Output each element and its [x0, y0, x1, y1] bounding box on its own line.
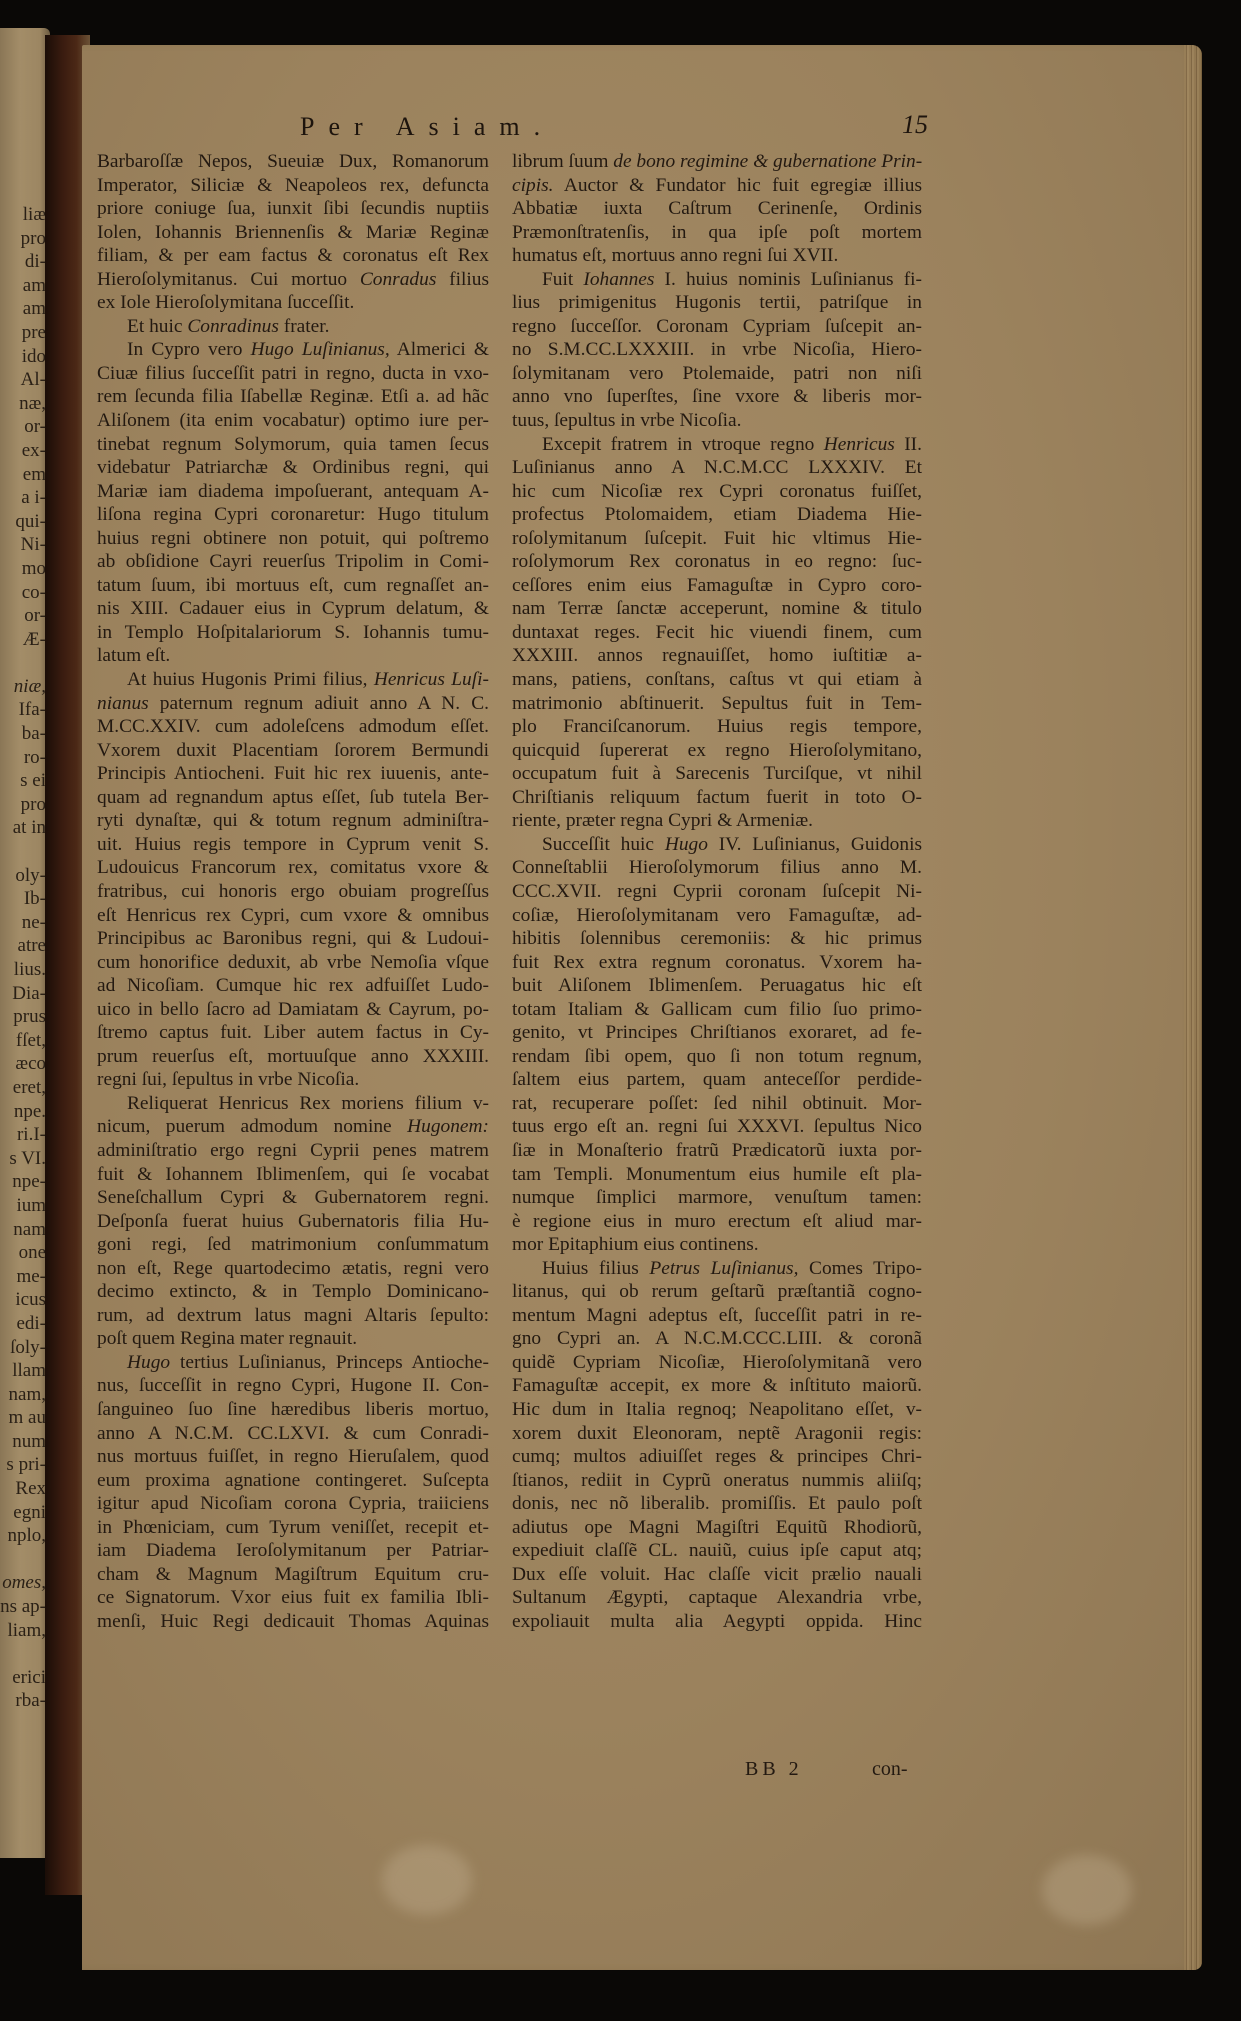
text-run: litanus, qui ob rerum geſtarũ præſtantiã… — [512, 1281, 922, 1302]
margin-fragment: ns ap- — [0, 1595, 50, 1619]
text-run: eſt Henricus rex Cypri, cum vxore & omni… — [97, 905, 489, 926]
text-run: regni ſui, ſepultus in vrbe Nicoſia. — [97, 1069, 359, 1090]
italic-name: Hugo Luſinianus, — [251, 339, 390, 360]
text-line: Abbatiæ iuxta Caſtrum Cerinenſe, Ordinis — [512, 197, 922, 221]
margin-fragment: rba- — [0, 1689, 50, 1713]
text-line: tam Templi. Monumentum eius humile eſt p… — [512, 1163, 922, 1187]
text-run: Ciuæ filius ſucceſſit patri in regno, du… — [97, 363, 489, 384]
text-line: ab obſidione Cayri reuerſus Tripolim in … — [97, 550, 489, 574]
text-run: nicum, puerum admodum nomine — [97, 1116, 407, 1137]
text-line: cumq; multos adiuiſſet reges & principes… — [512, 1445, 922, 1469]
text-line: Famaguſtæ accepit, ex more & inſtituto m… — [512, 1374, 922, 1398]
text-run: coſiæ, Hieroſolymitanam vero Famaguſtæ, … — [512, 905, 922, 926]
text-run: iam Diadema Ieroſolymitanum per Patriar- — [97, 1540, 489, 1561]
running-head: Per Asiam. — [300, 112, 554, 142]
text-line: nam Terræ ſanctæ acceperunt, nomine & ti… — [512, 597, 922, 621]
text-run: Iolen, Iohannis Briennenſis & Mariæ Regi… — [97, 222, 489, 243]
previous-page-edge: liæprodi-amampreidoAl-næ,or-ex-ema i-qui… — [0, 28, 50, 1858]
text-run: Principibus ac Baronibus regni, qui & Lu… — [97, 928, 489, 949]
text-run: uico in bello ſacro ad Damiatam & Cayrum… — [97, 999, 489, 1020]
text-line: liſona regina Cypri coronaretur: Hugo ti… — [97, 503, 489, 527]
italic-name: Petrus Luſinianus, — [649, 1258, 798, 1279]
text-run: non eſt, Rege quartodecimo ætatis, regni… — [97, 1258, 489, 1279]
signature-mark: BB 2 — [745, 1758, 803, 1781]
text-line: cipis. Auctor & Fundator hic fuit egregi… — [512, 174, 922, 198]
text-line: Fuit Iohannes I. huius nominis Luſinianu… — [512, 268, 922, 292]
text-run: Fuit — [542, 269, 583, 290]
text-run: expediuit claſſẽ CL. nauiũ, cuius ipſe c… — [512, 1540, 922, 1561]
margin-fragment: pro — [0, 227, 50, 251]
text-run: Sultanum Ægypti, captaque Alexandria vrb… — [512, 1587, 922, 1608]
text-run: Famaguſtæ accepit, ex more & inſtituto m… — [512, 1375, 922, 1396]
margin-fragment: or- — [0, 415, 50, 439]
text-run: Principis Antiocheni. Fuit hic rex iuuen… — [97, 763, 489, 784]
text-line: At huius Hugonis Primi filius, Henricus … — [97, 668, 489, 692]
text-run: roſolymorum Rex coronatus in eo regno: ſ… — [512, 551, 922, 572]
text-line: CCC.XVII. regni Cyprii coronam ſuſcepit … — [512, 880, 922, 904]
text-run: tertius Luſinianus, Princeps Antioche- — [170, 1352, 489, 1373]
margin-fragment: liam, — [0, 1619, 50, 1643]
text-line: Reliquerat Henricus Rex moriens filium v… — [97, 1092, 489, 1116]
text-line: gno Cypri an. A N.C.M.CCC.LIII. & coronã — [512, 1327, 922, 1351]
text-run: Barbaroſſæ Nepos, Sueuiæ Dux, Romanorum — [97, 151, 489, 172]
text-line: litanus, qui ob rerum geſtarũ præſtantiã… — [512, 1280, 922, 1304]
margin-fragment: ex- — [0, 439, 50, 463]
text-line: igitur apud Nicoſiam corona Cypria, trai… — [97, 1492, 489, 1516]
text-run: in Templo Hoſpitalariorum S. Iohannis tu… — [97, 622, 489, 643]
italic-name: Iohannes — [583, 269, 654, 290]
text-line: expoliauit multa alia Aegypti oppida. Hi… — [512, 1610, 922, 1634]
page-number: 15 — [902, 110, 928, 140]
text-run: huius regni obtinere non potuit, qui poſ… — [97, 528, 489, 549]
text-line: ſtianos, rediit in Cyprũ oneratus nummis… — [512, 1469, 922, 1493]
text-line: Hugo tertius Luſinianus, Princeps Antioc… — [97, 1351, 489, 1375]
text-line: lius primigenitus Hugonis tertii, patriſ… — [512, 291, 922, 315]
text-line: cum honorifice deduxit, ab vrbe Nemoſia … — [97, 951, 489, 975]
text-run: uit. Huius regis tempore in Cyprum venit… — [97, 834, 489, 855]
margin-fragment: ne- — [0, 911, 50, 935]
text-line: ryti dynaſtæ, qui & totum regnum adminiſ… — [97, 809, 489, 833]
text-run: hic cum Nicoſiæ rex Cypri coronatus fuiſ… — [512, 481, 922, 502]
text-run: ſanguineo ſuo ſine hæredibus liberis mor… — [97, 1399, 489, 1420]
text-run: Et huic — [127, 316, 187, 337]
text-line: videbatur Patriarchæ & Ordinibus regni, … — [97, 456, 489, 480]
text-line: goni regi, ſed matrimonium conſummatum — [97, 1233, 489, 1257]
text-run: latum eſt. — [97, 645, 170, 666]
text-line: Deſponſa fuerat huius Gubernatoris filia… — [97, 1210, 489, 1234]
text-line: nicum, puerum admodum nomine Hugonem: — [97, 1115, 489, 1139]
text-line: huius regni obtinere non potuit, qui poſ… — [97, 527, 489, 551]
margin-fragment: one — [0, 1241, 50, 1265]
margin-fragment: mo — [0, 557, 50, 581]
text-line: M.CC.XXIV. cum adoleſcens admodum eſſet. — [97, 715, 489, 739]
italic-name: cipis. — [512, 175, 553, 196]
text-run: Hieroſolymitanus. Cui mortuo — [97, 269, 360, 290]
margin-fragment: lius. — [0, 958, 50, 982]
text-line: Imperator, Siliciæ & Neapoleos rex, defu… — [97, 174, 489, 198]
text-run: Abbatiæ iuxta Caſtrum Cerinenſe, Ordinis — [512, 198, 922, 219]
text-run: adiutus ope Magni Magiſtri Equitũ Rhodio… — [512, 1517, 922, 1538]
margin-fragment: Dia- — [0, 982, 50, 1006]
text-line: ſiæ in Monaſterio fratrũ Prædicatorũ iux… — [512, 1139, 922, 1163]
text-line: duntaxat reges. Fecit hic viuendi finem,… — [512, 621, 922, 645]
text-line: buit Aliſonem Iblimenſem. Peruagatus hic… — [512, 974, 922, 998]
text-run: filius — [436, 269, 489, 290]
text-run: lius primigenitus Hugonis tertii, patriſ… — [512, 292, 922, 313]
text-line: iam Diadema Ieroſolymitanum per Patriar- — [97, 1539, 489, 1563]
text-line: fuit & Iohannem Iblimenſem, qui ſe vocab… — [97, 1163, 489, 1187]
text-run: I. huius nominis Luſinianus fi- — [654, 269, 922, 290]
text-line: Præmonſtratenſis, in qua ipſe poſt morte… — [512, 221, 922, 245]
text-run: quidẽ Cypriam Nicoſiæ, Hieroſolymitanã v… — [512, 1352, 922, 1373]
text-run: fuit Rex extra regnum coronatus. Vxorem … — [512, 952, 922, 973]
text-line: fuit Rex extra regnum coronatus. Vxorem … — [512, 951, 922, 975]
text-run: tinebat regnum Solymorum, quia tamen ſec… — [97, 434, 489, 455]
text-line: Excepit fratrem in vtroque regno Henricu… — [512, 433, 922, 457]
text-run: matrimonio abſtinuerit. Sepultus fuit in… — [512, 693, 922, 714]
margin-fragment: m au — [0, 1406, 50, 1430]
text-line: XXXIII. annos regnauiſſet, homo iuſtitiæ… — [512, 644, 922, 668]
margin-fragment: nplo, — [0, 1524, 50, 1548]
text-line: roſolymitanum ſuſcepit. Fuit hic vltimus… — [512, 527, 922, 551]
margin-fragment: ium — [0, 1194, 50, 1218]
text-line: Conneſtablii Hieroſolymorum filius anno … — [512, 856, 922, 880]
text-line: rum, ad dextrum latus magni Altaris ſepu… — [97, 1304, 489, 1328]
margin-fragment: ri.I- — [0, 1123, 50, 1147]
text-run: Seneſchallum Cypri & Gubernatorem regni. — [97, 1187, 489, 1208]
margin-fragment: npe- — [0, 1170, 50, 1194]
text-run: librum ſuum — [512, 151, 613, 172]
text-run: cumq; multos adiuiſſet reges & principes… — [512, 1446, 922, 1467]
text-line: cham & Magnum Magiſtrum Equitum cru- — [97, 1563, 489, 1587]
margin-fragment: ſoly- — [0, 1336, 50, 1360]
margin-fragment: ro- — [0, 746, 50, 770]
text-line: tinebat regnum Solymorum, quia tamen ſec… — [97, 433, 489, 457]
italic-name: Henricus — [824, 434, 895, 455]
text-run: xorem duxit Eleonoram, neptẽ Aragonii re… — [512, 1423, 922, 1444]
text-line: roſolymorum Rex coronatus in eo regno: ſ… — [512, 550, 922, 574]
text-run: Luſinianus anno A N.C.M.CC LXXXIV. Et — [512, 457, 922, 478]
text-run: rendam ſibi opem, quo ſi non totum regnu… — [512, 1046, 922, 1067]
text-run: no S.M.CC.LXXXIII. in vrbe Nicoſia, Hier… — [512, 339, 922, 360]
margin-fragment: em — [0, 463, 50, 487]
text-run: liſona regina Cypri coronaretur: Hugo ti… — [97, 504, 489, 525]
text-line: filiam, & per eam factus & coronatus eſt… — [97, 244, 489, 268]
text-line: menſi, Huic Regi dedicauit Thomas Aquina… — [97, 1610, 489, 1634]
margin-fragment: niæ, — [0, 675, 50, 699]
margin-fragment: co- — [0, 581, 50, 605]
text-run: roſolymitanum ſuſcepit. Fuit hic vltimus… — [512, 528, 922, 549]
margin-fragment: or- — [0, 604, 50, 628]
margin-fragment: egni — [0, 1501, 50, 1525]
text-run: ad Nicoſiam. Cumque hic rex adfuiſſet Lu… — [97, 975, 489, 996]
margin-fragment: liæ — [0, 203, 50, 227]
text-run: Hic dum in Italia regnoq; Neapolitano eſ… — [512, 1399, 922, 1420]
text-run: mans, patiens, conſtans, caſtus vt qui e… — [512, 669, 922, 690]
text-line: mor Epitaphium eius continens. — [512, 1233, 922, 1257]
text-line: donis, nec nõ liberalib. promiſſis. Et p… — [512, 1492, 922, 1516]
page-fore-edge — [1184, 45, 1202, 1970]
text-run: Almerici & — [390, 339, 489, 360]
text-run: Chriſtianis reliquum factum fuerit in to… — [512, 787, 922, 808]
text-run: Comes Tripo- — [798, 1258, 922, 1279]
text-line: eum proxima agnatione contingeret. Suſce… — [97, 1469, 489, 1493]
text-line: Aliſonem (ita enim vocabatur) optimo iur… — [97, 409, 489, 433]
text-line: poſt quem Regina mater regnauit. — [97, 1327, 489, 1351]
text-line: ad Nicoſiam. Cumque hic rex adfuiſſet Lu… — [97, 974, 489, 998]
margin-fragment: eret, — [0, 1076, 50, 1100]
text-line: Huius filius Petrus Luſinianus, Comes Tr… — [512, 1257, 922, 1281]
text-line: Vxorem duxit Placentiam ſororem Bermundi — [97, 739, 489, 763]
text-line: ſaltem eius partem, quam anteceſſor perd… — [512, 1068, 922, 1092]
text-line: Barbaroſſæ Nepos, Sueuiæ Dux, Romanorum — [97, 150, 489, 174]
text-line: uit. Huius regis tempore in Cyprum venit… — [97, 833, 489, 857]
text-line: hibitis ſolennibus ceremoniis: & hic pri… — [512, 927, 922, 951]
margin-fragment: næ, — [0, 392, 50, 416]
text-line: tatum ſuum, ibi mortuus eſt, cum regnaſſ… — [97, 574, 489, 598]
text-run: II. — [895, 434, 922, 455]
text-run: IV. Luſinianus, Guidonis — [708, 834, 922, 855]
text-line: non eſt, Rege quartodecimo ætatis, regni… — [97, 1257, 489, 1281]
text-run: cham & Magnum Magiſtrum Equitum cru- — [97, 1564, 489, 1585]
text-line: In Cypro vero Hugo Luſinianus, Almerici … — [97, 338, 489, 362]
text-run: Succeſſit huic — [542, 834, 665, 855]
text-line: adminiſtratio ergo regni Cyprii penes ma… — [97, 1139, 489, 1163]
margin-fragment: erici — [0, 1666, 50, 1690]
text-line: rem ſecunda filia Iſabellæ Reginæ. Etſi … — [97, 385, 489, 409]
text-run: tuus, ſepultus in vrbe Nicoſia. — [512, 410, 741, 431]
text-line: decimo extincto, & in Templo Dominicano- — [97, 1280, 489, 1304]
italic-name: nianus — [97, 693, 149, 714]
margin-fragment: s VI. — [0, 1147, 50, 1171]
text-line: Chriſtianis reliquum factum fuerit in to… — [512, 786, 922, 810]
italic-name: de bono regimine & gubernatione Prin- — [613, 151, 922, 172]
left-text-column: Barbaroſſæ Nepos, Sueuiæ Dux, RomanorumI… — [97, 150, 489, 1633]
text-line: Hieroſolymitanus. Cui mortuo Conradus fi… — [97, 268, 489, 292]
margin-fragment: at in — [0, 816, 50, 840]
text-run: mor Epitaphium eius continens. — [512, 1234, 759, 1255]
margin-fragment — [0, 840, 50, 864]
text-line: Mariæ iam diadema impoſuerant, antequam … — [97, 480, 489, 504]
margin-fragment: am — [0, 274, 50, 298]
margin-fragment: Al- — [0, 368, 50, 392]
text-line: uico in bello ſacro ad Damiatam & Cayrum… — [97, 998, 489, 1022]
text-run: Vxorem duxit Placentiam ſororem Bermundi — [97, 740, 489, 761]
text-run: menſi, Huic Regi dedicauit Thomas Aquina… — [97, 1611, 489, 1632]
text-run: Dux eſſe voluit. Hac claſſe vicit prælio… — [512, 1564, 922, 1585]
margin-fragment: Rex — [0, 1477, 50, 1501]
text-run: plo Franciſcanorum. Huius regis tempore, — [512, 716, 922, 737]
text-line: Ludouicus Francorum rex, comitatus vxore… — [97, 856, 489, 880]
margin-fragment: Ib- — [0, 887, 50, 911]
text-run: nis XIII. Cadauer eius in Cyprum delatum… — [97, 598, 489, 619]
text-line: quam ad regnandum aptus eſſet, ſub tutel… — [97, 786, 489, 810]
text-line: hic cum Nicoſiæ rex Cypri coronatus fuiſ… — [512, 480, 922, 504]
text-run: igitur apud Nicoſiam corona Cypria, trai… — [97, 1493, 489, 1514]
text-run: ex Iole Hieroſolymitana ſucceſſit. — [97, 292, 354, 313]
text-run: Auctor & Fundator hic fuit egregiæ illiu… — [553, 175, 922, 196]
margin-fragment: nam, — [0, 1383, 50, 1407]
margin-fragment: prus — [0, 1005, 50, 1029]
margin-fragment: a i- — [0, 486, 50, 510]
text-line: Ciuæ filius ſucceſſit patri in regno, du… — [97, 362, 489, 386]
text-line: in Templo Hoſpitalariorum S. Iohannis tu… — [97, 621, 489, 645]
text-run: ſiæ in Monaſterio fratrũ Prædicatorũ iux… — [512, 1140, 922, 1161]
text-line: coſiæ, Hieroſolymitanam vero Famaguſtæ, … — [512, 904, 922, 928]
margin-fragment: di- — [0, 250, 50, 274]
margin-fragment: Ifa- — [0, 698, 50, 722]
margin-fragment: llam — [0, 1359, 50, 1383]
italic-name: Henricus Luſi- — [374, 669, 489, 690]
margin-fragment: pre — [0, 321, 50, 345]
text-line: librum ſuum de bono regimine & gubernati… — [512, 150, 922, 174]
text-run: XXXIII. annos regnauiſſet, homo iuſtitiæ… — [512, 645, 922, 666]
text-line: regno ſucceſſor. Coronam Cypriam ſuſcepi… — [512, 315, 922, 339]
text-line: occupatum fuit à Sarecenis Turciſque, vt… — [512, 762, 922, 786]
text-run: mentum Magni adeptus eſt, ſucceſſit patr… — [512, 1305, 922, 1326]
text-line: profectus Ptolomaidem, etiam Diadema Hie… — [512, 503, 922, 527]
text-run: Mariæ iam diadema impoſuerant, antequam … — [97, 481, 489, 502]
margin-fragment: ido — [0, 345, 50, 369]
text-line: Principis Antiocheni. Fuit hic rex iuuen… — [97, 762, 489, 786]
text-run: filiam, & per eam factus & coronatus eſt… — [97, 245, 489, 266]
text-line: plo Franciſcanorum. Huius regis tempore, — [512, 715, 922, 739]
text-run: regno ſucceſſor. Coronam Cypriam ſuſcepi… — [512, 316, 922, 337]
margin-fragment: qui- — [0, 510, 50, 534]
text-run: cum honorifice deduxit, ab vrbe Nemoſia … — [97, 952, 489, 973]
catchword: con- — [872, 1758, 908, 1781]
text-run: ryti dynaſtæ, qui & totum regnum adminiſ… — [97, 810, 489, 831]
text-run: decimo extincto, & in Templo Dominicano- — [97, 1281, 489, 1302]
text-line: nus mortuus fuiſſet, in regno Hieruſalem… — [97, 1445, 489, 1469]
text-run: At huius Hugonis Primi filius, — [127, 669, 374, 690]
text-line: totam Italiam & Gallicam cum filio ſuo p… — [512, 998, 922, 1022]
margin-fragment: am — [0, 297, 50, 321]
margin-fragment: edi- — [0, 1312, 50, 1336]
text-line: nis XIII. Cadauer eius in Cyprum delatum… — [97, 597, 489, 621]
text-line: xorem duxit Eleonoram, neptẽ Aragonii re… — [512, 1422, 922, 1446]
text-run: occupatum fuit à Sarecenis Turciſque, vt… — [512, 763, 922, 784]
text-line: ſolymitanam vero Ptolemaide, patri non n… — [512, 362, 922, 386]
text-run: tatum ſuum, ibi mortuus eſt, cum regnaſſ… — [97, 575, 489, 596]
text-run: ſaltem eius partem, quam anteceſſor perd… — [512, 1069, 922, 1090]
text-line: rat, recuperare poſſet: ſed nihil obtinu… — [512, 1092, 922, 1116]
text-line: humatus eſt, mortuus anno regni ſui XVII… — [512, 244, 922, 268]
text-run: poſt quem Regina mater regnauit. — [97, 1328, 357, 1349]
margin-fragment — [0, 1642, 50, 1666]
text-run: Excepit fratrem in vtroque regno — [542, 434, 824, 455]
margin-fragment: nam — [0, 1218, 50, 1242]
text-line: Seneſchallum Cypri & Gubernatorem regni. — [97, 1186, 489, 1210]
margin-fragment: s ei — [0, 769, 50, 793]
margin-fragment: ba- — [0, 722, 50, 746]
text-run: hibitis ſolennibus ceremoniis: & hic pri… — [512, 928, 922, 949]
margin-fragment: omes, — [0, 1571, 50, 1595]
text-line: Hic dum in Italia regnoq; Neapolitano eſ… — [512, 1398, 922, 1422]
text-run: riente, præter regna Cypri & Armeniæ. — [512, 810, 813, 831]
text-line: latum eſt. — [97, 644, 489, 668]
text-line: adiutus ope Magni Magiſtri Equitũ Rhodio… — [512, 1516, 922, 1540]
text-line: Dux eſſe voluit. Hac claſſe vicit prælio… — [512, 1563, 922, 1587]
text-run: ſtianos, rediit in Cyprũ oneratus nummis… — [512, 1470, 922, 1491]
italic-name: Hugo — [665, 834, 708, 855]
margin-fragment — [0, 651, 50, 675]
text-run: frater. — [279, 316, 330, 337]
text-line: Sultanum Ægypti, captaque Alexandria vrb… — [512, 1586, 922, 1610]
text-run: humatus eſt, mortuus anno regni ſui XVII… — [512, 245, 838, 266]
margin-fragment: fſet, — [0, 1029, 50, 1053]
text-run: anno A N.C.M. CC.LXVI. & cum Conradi- — [97, 1423, 489, 1444]
text-run: profectus Ptolomaidem, etiam Diadema Hie… — [512, 504, 922, 525]
margin-fragment: Æ- — [0, 628, 50, 652]
text-run: Imperator, Siliciæ & Neapoleos rex, defu… — [97, 175, 489, 196]
text-line: Principibus ac Baronibus regni, qui & Lu… — [97, 927, 489, 951]
text-line: expediuit claſſẽ CL. nauiũ, cuius ipſe c… — [512, 1539, 922, 1563]
text-run: goni regi, ſed matrimonium conſummatum — [97, 1234, 489, 1255]
text-run: fratribus, cui honoris ergo obuiam progr… — [97, 881, 489, 902]
text-run: buit Aliſonem Iblimenſem. Peruagatus hic… — [512, 975, 922, 996]
text-run: genito, vt Principes Chriſtianos exorare… — [512, 1022, 922, 1043]
text-run: nus mortuus fuiſſet, in regno Hieruſalem… — [97, 1446, 489, 1467]
margin-fragment: me- — [0, 1265, 50, 1289]
paper-stain — [1042, 1855, 1132, 1925]
text-line: Et huic Conradinus frater. — [97, 315, 489, 339]
margin-fragment — [0, 1548, 50, 1572]
text-line: è regione eius in muro erectum eſt aliud… — [512, 1210, 922, 1234]
paper-stain — [382, 1845, 472, 1915]
margin-fragment: num — [0, 1430, 50, 1454]
text-run: Conneſtablii Hieroſolymorum filius anno … — [512, 857, 922, 878]
text-run: Deſponſa fuerat huius Gubernatoris filia… — [97, 1211, 489, 1232]
text-run: ſtremo captus fuit. Liber autem factus i… — [97, 1022, 489, 1043]
text-run: Præmonſtratenſis, in qua ipſe poſt morte… — [512, 222, 922, 243]
italic-name: Conradinus — [187, 316, 279, 337]
text-line: numque ſimplici marmore, venuſtum tamen: — [512, 1186, 922, 1210]
text-run: eum proxima agnatione contingeret. Suſce… — [97, 1470, 489, 1491]
text-line: eſt Henricus rex Cypri, cum vxore & omni… — [97, 904, 489, 928]
text-run: rat, recuperare poſſet: ſed nihil obtinu… — [512, 1093, 922, 1114]
text-line: ſanguineo ſuo ſine hæredibus liberis mor… — [97, 1398, 489, 1422]
text-run: è regione eius in muro erectum eſt aliud… — [512, 1211, 922, 1232]
text-line: nianus paternum regnum adiuit anno A N. … — [97, 692, 489, 716]
text-line: fratribus, cui honoris ergo obuiam progr… — [97, 880, 489, 904]
text-line: tuus ergo eſt an. regni ſui XXXVI. ſepul… — [512, 1115, 922, 1139]
text-run: rem ſecunda filia Iſabellæ Reginæ. Etſi … — [97, 386, 489, 407]
text-run: ab obſidione Cayri reuerſus Tripolim in … — [97, 551, 489, 572]
text-line: anno vno ſuperſtes, ſine vxore & liberis… — [512, 385, 922, 409]
text-line: Iolen, Iohannis Briennenſis & Mariæ Regi… — [97, 221, 489, 245]
text-line: Succeſſit huic Hugo IV. Luſinianus, Guid… — [512, 833, 922, 857]
text-run: ſolymitanam vero Ptolemaide, patri non n… — [512, 363, 922, 384]
previous-page-text-fragments: liæprodi-amampreidoAl-næ,or-ex-ema i-qui… — [0, 203, 50, 1713]
margin-fragment: oly- — [0, 864, 50, 888]
text-run: nam Terræ ſanctæ acceperunt, nomine & ti… — [512, 598, 922, 619]
text-line: tuus, ſepultus in vrbe Nicoſia. — [512, 409, 922, 433]
text-run: ce Signatorum. Vxor eius fuit ex familia… — [97, 1587, 489, 1608]
text-run: fuit & Iohannem Iblimenſem, qui ſe vocab… — [97, 1164, 489, 1185]
text-line: quidẽ Cypriam Nicoſiæ, Hieroſolymitanã v… — [512, 1351, 922, 1375]
margin-fragment: atre — [0, 934, 50, 958]
text-line: rendam ſibi opem, quo ſi non totum regnu… — [512, 1045, 922, 1069]
margin-fragment: Ni- — [0, 533, 50, 557]
text-run: nus, ſucceſſit in regno Cypri, Hugone II… — [97, 1375, 489, 1396]
text-run: Huius filius — [542, 1258, 649, 1279]
text-line: mentum Magni adeptus eſt, ſucceſſit patr… — [512, 1304, 922, 1328]
text-run: priore coniuge ſua, iunxit ſibi ſecundis… — [97, 198, 489, 219]
text-line: matrimonio abſtinuerit. Sepultus fuit in… — [512, 692, 922, 716]
text-line: riente, præter regna Cypri & Armeniæ. — [512, 809, 922, 833]
text-run: quicquid ſupererat ex regno Hieroſolymit… — [512, 740, 922, 761]
